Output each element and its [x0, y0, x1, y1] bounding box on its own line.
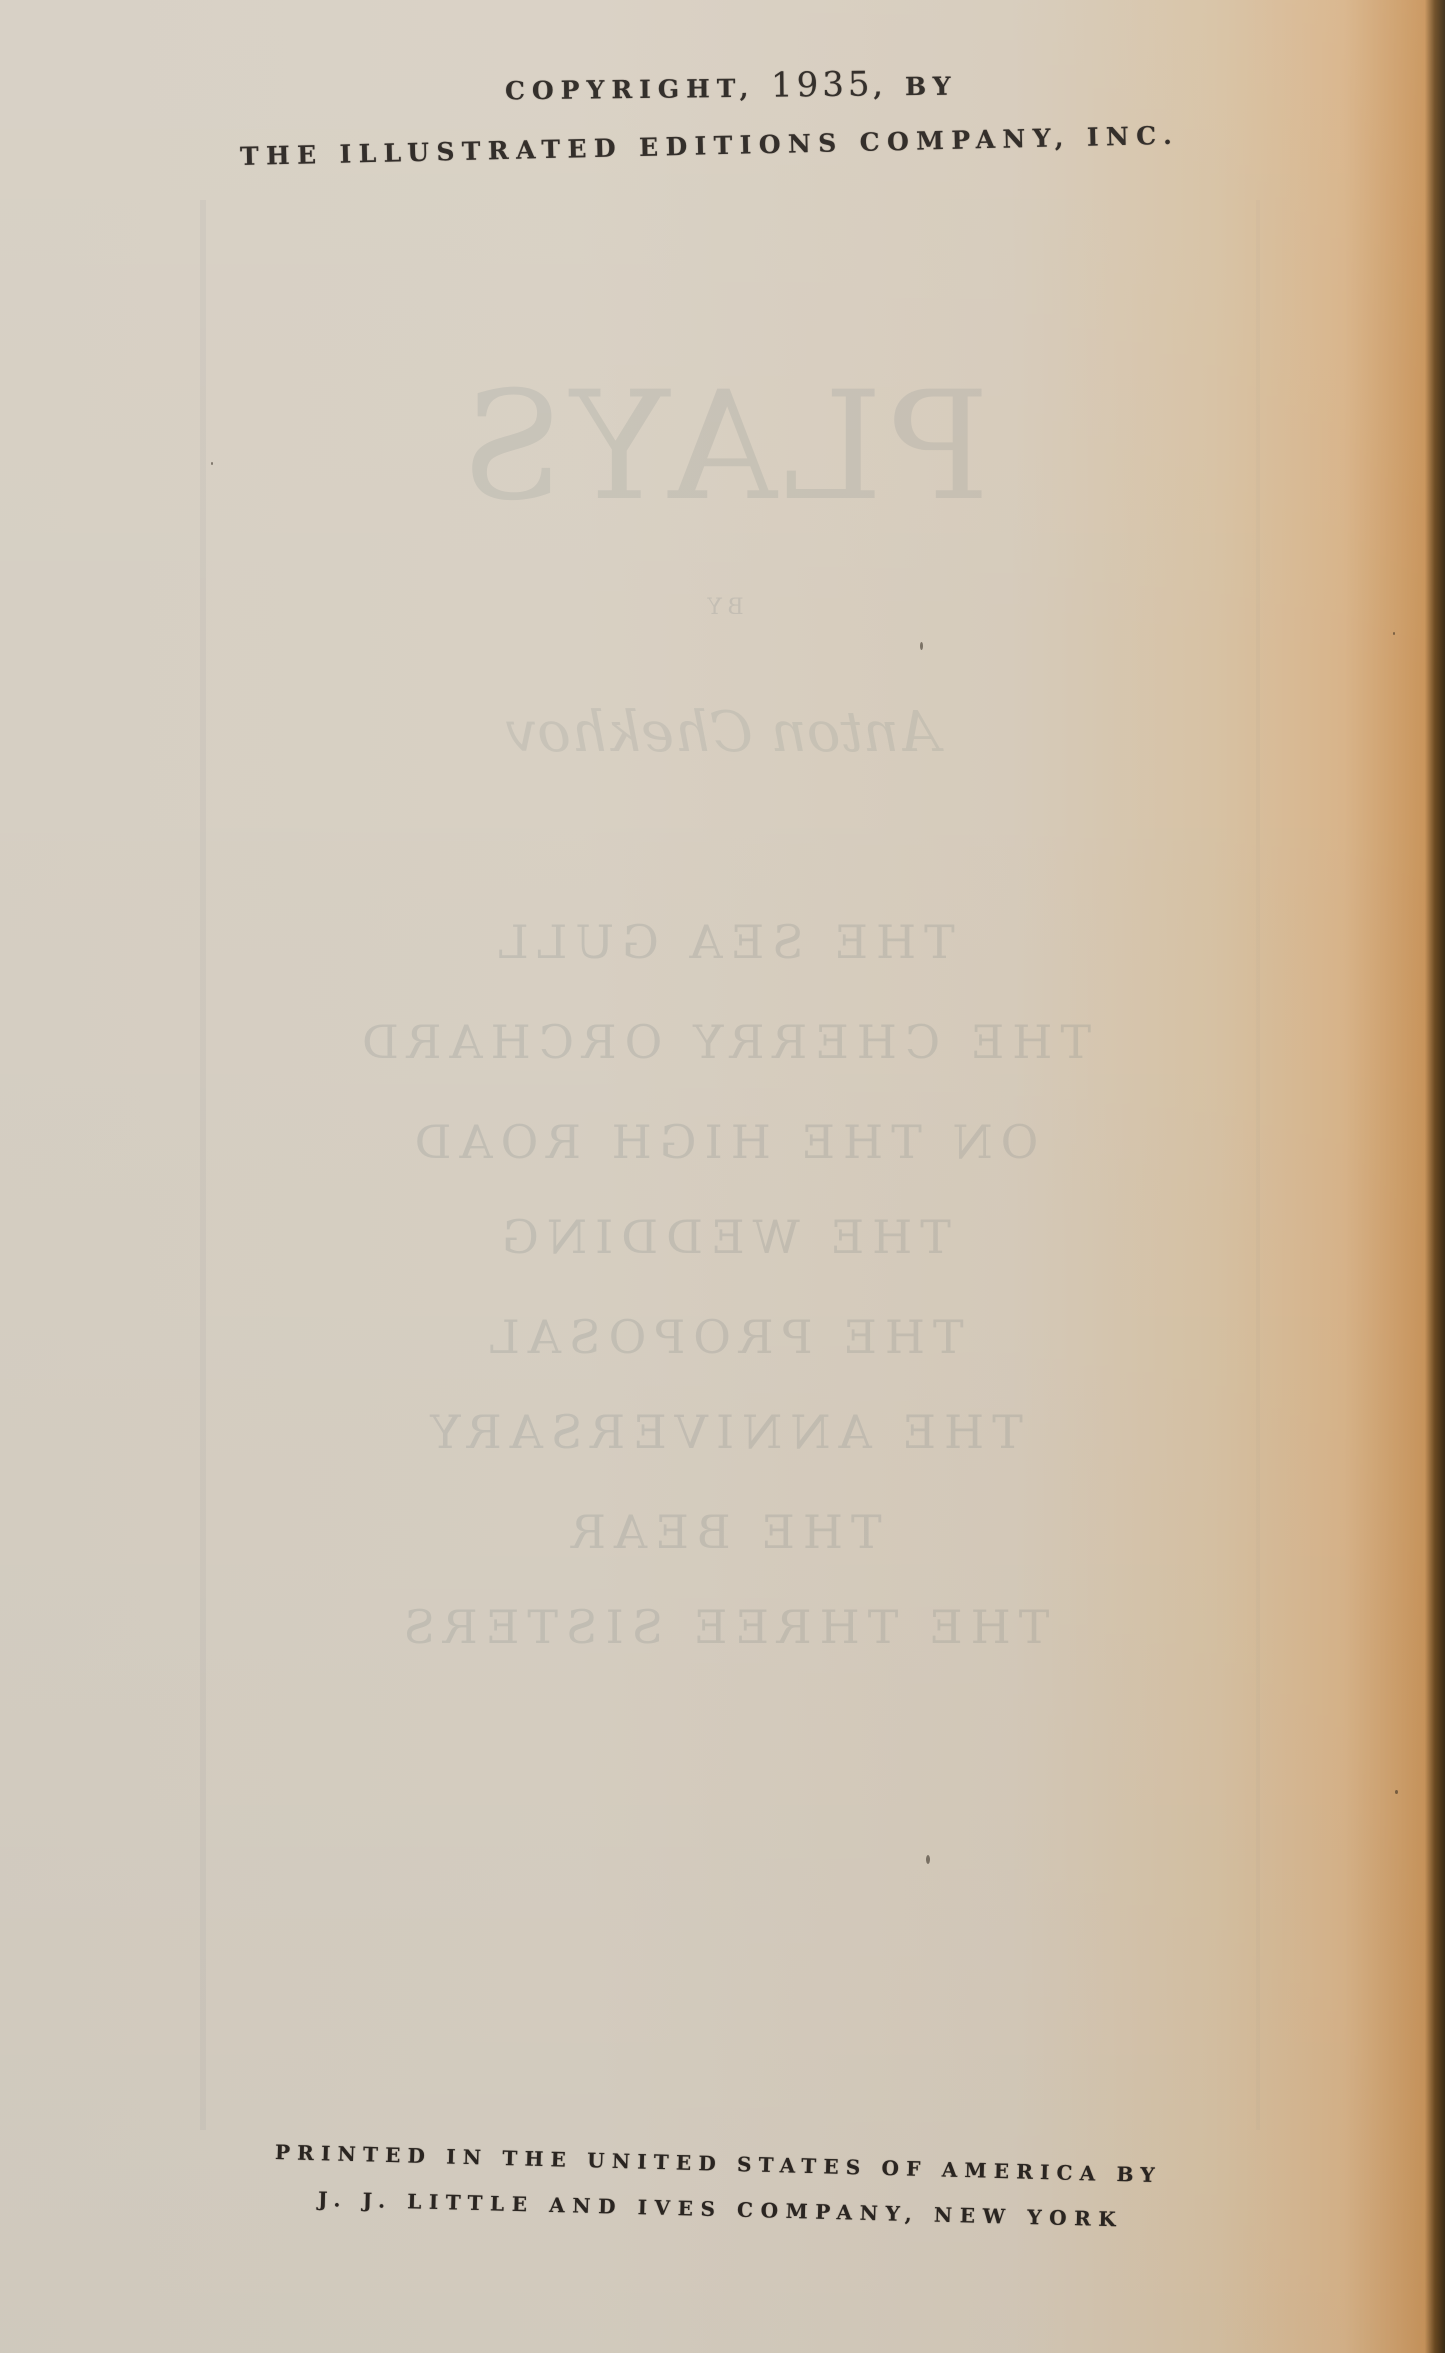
- book-page: PLAYS BY Anton Chekhov THE SEA GULL THE …: [0, 0, 1445, 2353]
- show-through-play: THE THREE SISTERS: [0, 1600, 1445, 1654]
- show-through-play: THE BEAR: [0, 1505, 1445, 1559]
- show-through-play: THE CHERRY ORCHARD: [0, 1015, 1445, 1069]
- publisher-name: THE ILLUSTRATED EDITIONS COMPANY, INC.: [240, 121, 1180, 171]
- printed-in-line: PRINTED IN THE UNITED STATES OF AMERICA …: [275, 2140, 1162, 2187]
- paper-speck: [1393, 632, 1395, 635]
- printer-name: J. J. LITTLE AND IVES COMPANY, NEW YORK: [318, 2187, 1124, 2231]
- show-through-frame: [200, 200, 1260, 2130]
- paper-speck: [1395, 1790, 1398, 1794]
- copyright-year: 1935: [771, 65, 874, 106]
- paper-speck: [926, 1855, 930, 1864]
- show-through-title: PLAYS: [0, 360, 1445, 534]
- show-through-play: ON THE HIGH ROAD: [0, 1115, 1445, 1169]
- copyright-notice: COPYRIGHT, 1935, BY: [505, 64, 958, 109]
- show-through-by: BY: [0, 595, 1445, 620]
- paper-speck: [920, 642, 923, 650]
- show-through-play: THE SEA GULL: [0, 915, 1445, 969]
- copyright-suffix: , BY: [873, 72, 957, 102]
- copyright-prefix: COPYRIGHT,: [505, 74, 771, 106]
- show-through-play: THE PROPOSAL: [0, 1310, 1445, 1364]
- show-through-play: THE WEDDING: [0, 1210, 1445, 1264]
- show-through-author: Anton Chekhov: [0, 700, 1445, 765]
- paper-speck: [211, 462, 213, 465]
- show-through-play: THE ANNIVERSARY: [0, 1405, 1445, 1459]
